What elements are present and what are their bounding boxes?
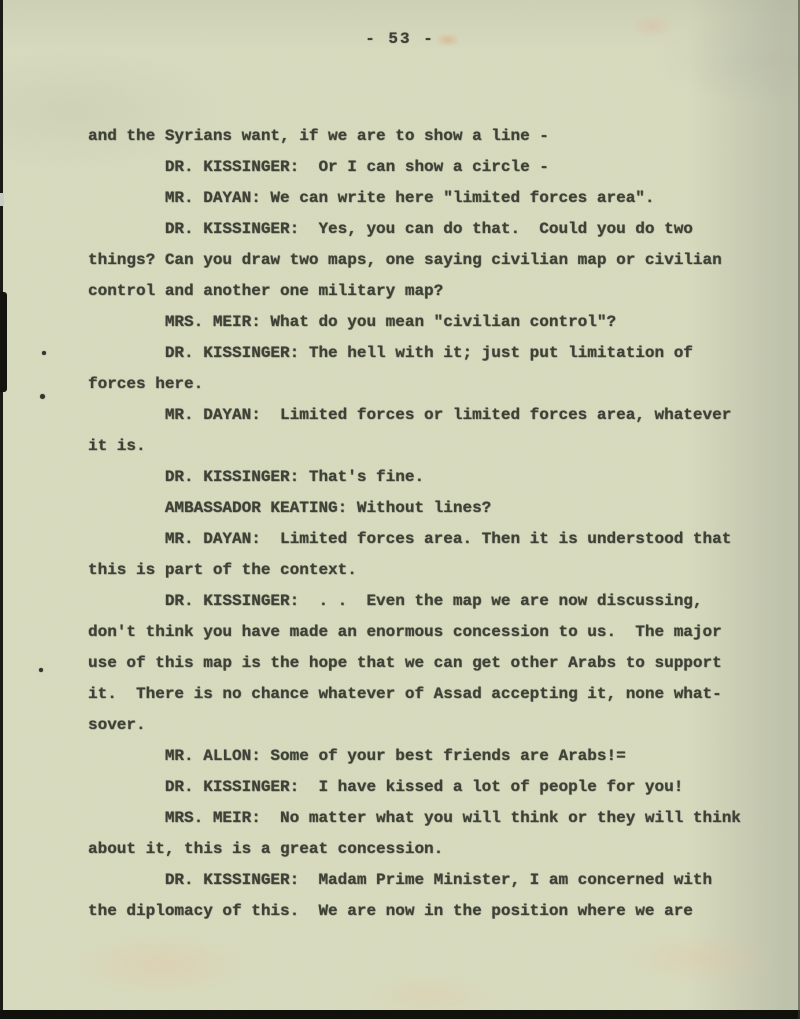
scan-edge-left — [0, 0, 3, 1019]
transcript-line: it. There is no chance whatever of Assad… — [88, 679, 756, 710]
transcript-line: and the Syrians want, if we are to show … — [88, 121, 756, 152]
transcript-line: DR. KISSINGER: I have kissed a lot of pe… — [88, 772, 756, 803]
transcript-line: MR. DAYAN: Limited forces area. Then it … — [88, 524, 756, 555]
transcript-line: things? Can you draw two maps, one sayin… — [88, 245, 756, 276]
scanned-page: - 53 - and the Syrians want, if we are t… — [0, 0, 800, 1019]
transcript-line: sover. — [88, 710, 756, 741]
transcript-line: DR. KISSINGER: The hell with it; just pu… — [88, 338, 756, 369]
transcript-line: DR. KISSINGER: Or I can show a circle - — [88, 152, 756, 183]
transcript-line: control and another one military map? — [88, 276, 756, 307]
scan-edge-bottom — [0, 1010, 800, 1019]
transcript-line: AMBASSADOR KEATING: Without lines? — [88, 493, 756, 524]
transcript-line: this is part of the context. — [88, 555, 756, 586]
ink-speck — [42, 351, 46, 355]
page-number: - 53 - — [0, 30, 800, 48]
transcript-line: DR. KISSINGER: . . Even the map we are n… — [88, 586, 756, 617]
transcript-line: MR. DAYAN: We can write here "limited fo… — [88, 183, 756, 214]
transcript-line: the diplomacy of this. We are now in the… — [88, 896, 756, 927]
transcript-line: it is. — [88, 431, 756, 462]
scan-edge-notch — [0, 193, 4, 206]
transcript-line: use of this map is the hope that we can … — [88, 648, 756, 679]
transcript-line: DR. KISSINGER: That's fine. — [88, 462, 756, 493]
scan-edge-left-wide — [0, 292, 7, 392]
transcript-line: forces here. — [88, 369, 756, 400]
transcript-body: and the Syrians want, if we are to show … — [88, 121, 756, 927]
ink-speck — [39, 668, 43, 672]
transcript-line: about it, this is a great concession. — [88, 834, 756, 865]
ink-speck — [40, 394, 45, 399]
transcript-line: don't think you have made an enormous co… — [88, 617, 756, 648]
transcript-line: MRS. MEIR: What do you mean "civilian co… — [88, 307, 756, 338]
transcript-line: DR. KISSINGER: Yes, you can do that. Cou… — [88, 214, 756, 245]
transcript-line: MR. ALLON: Some of your best friends are… — [88, 741, 756, 772]
transcript-line: DR. KISSINGER: Madam Prime Minister, I a… — [88, 865, 756, 896]
transcript-line: MRS. MEIR: No matter what you will think… — [88, 803, 756, 834]
transcript-line: MR. DAYAN: Limited forces or limited for… — [88, 400, 756, 431]
